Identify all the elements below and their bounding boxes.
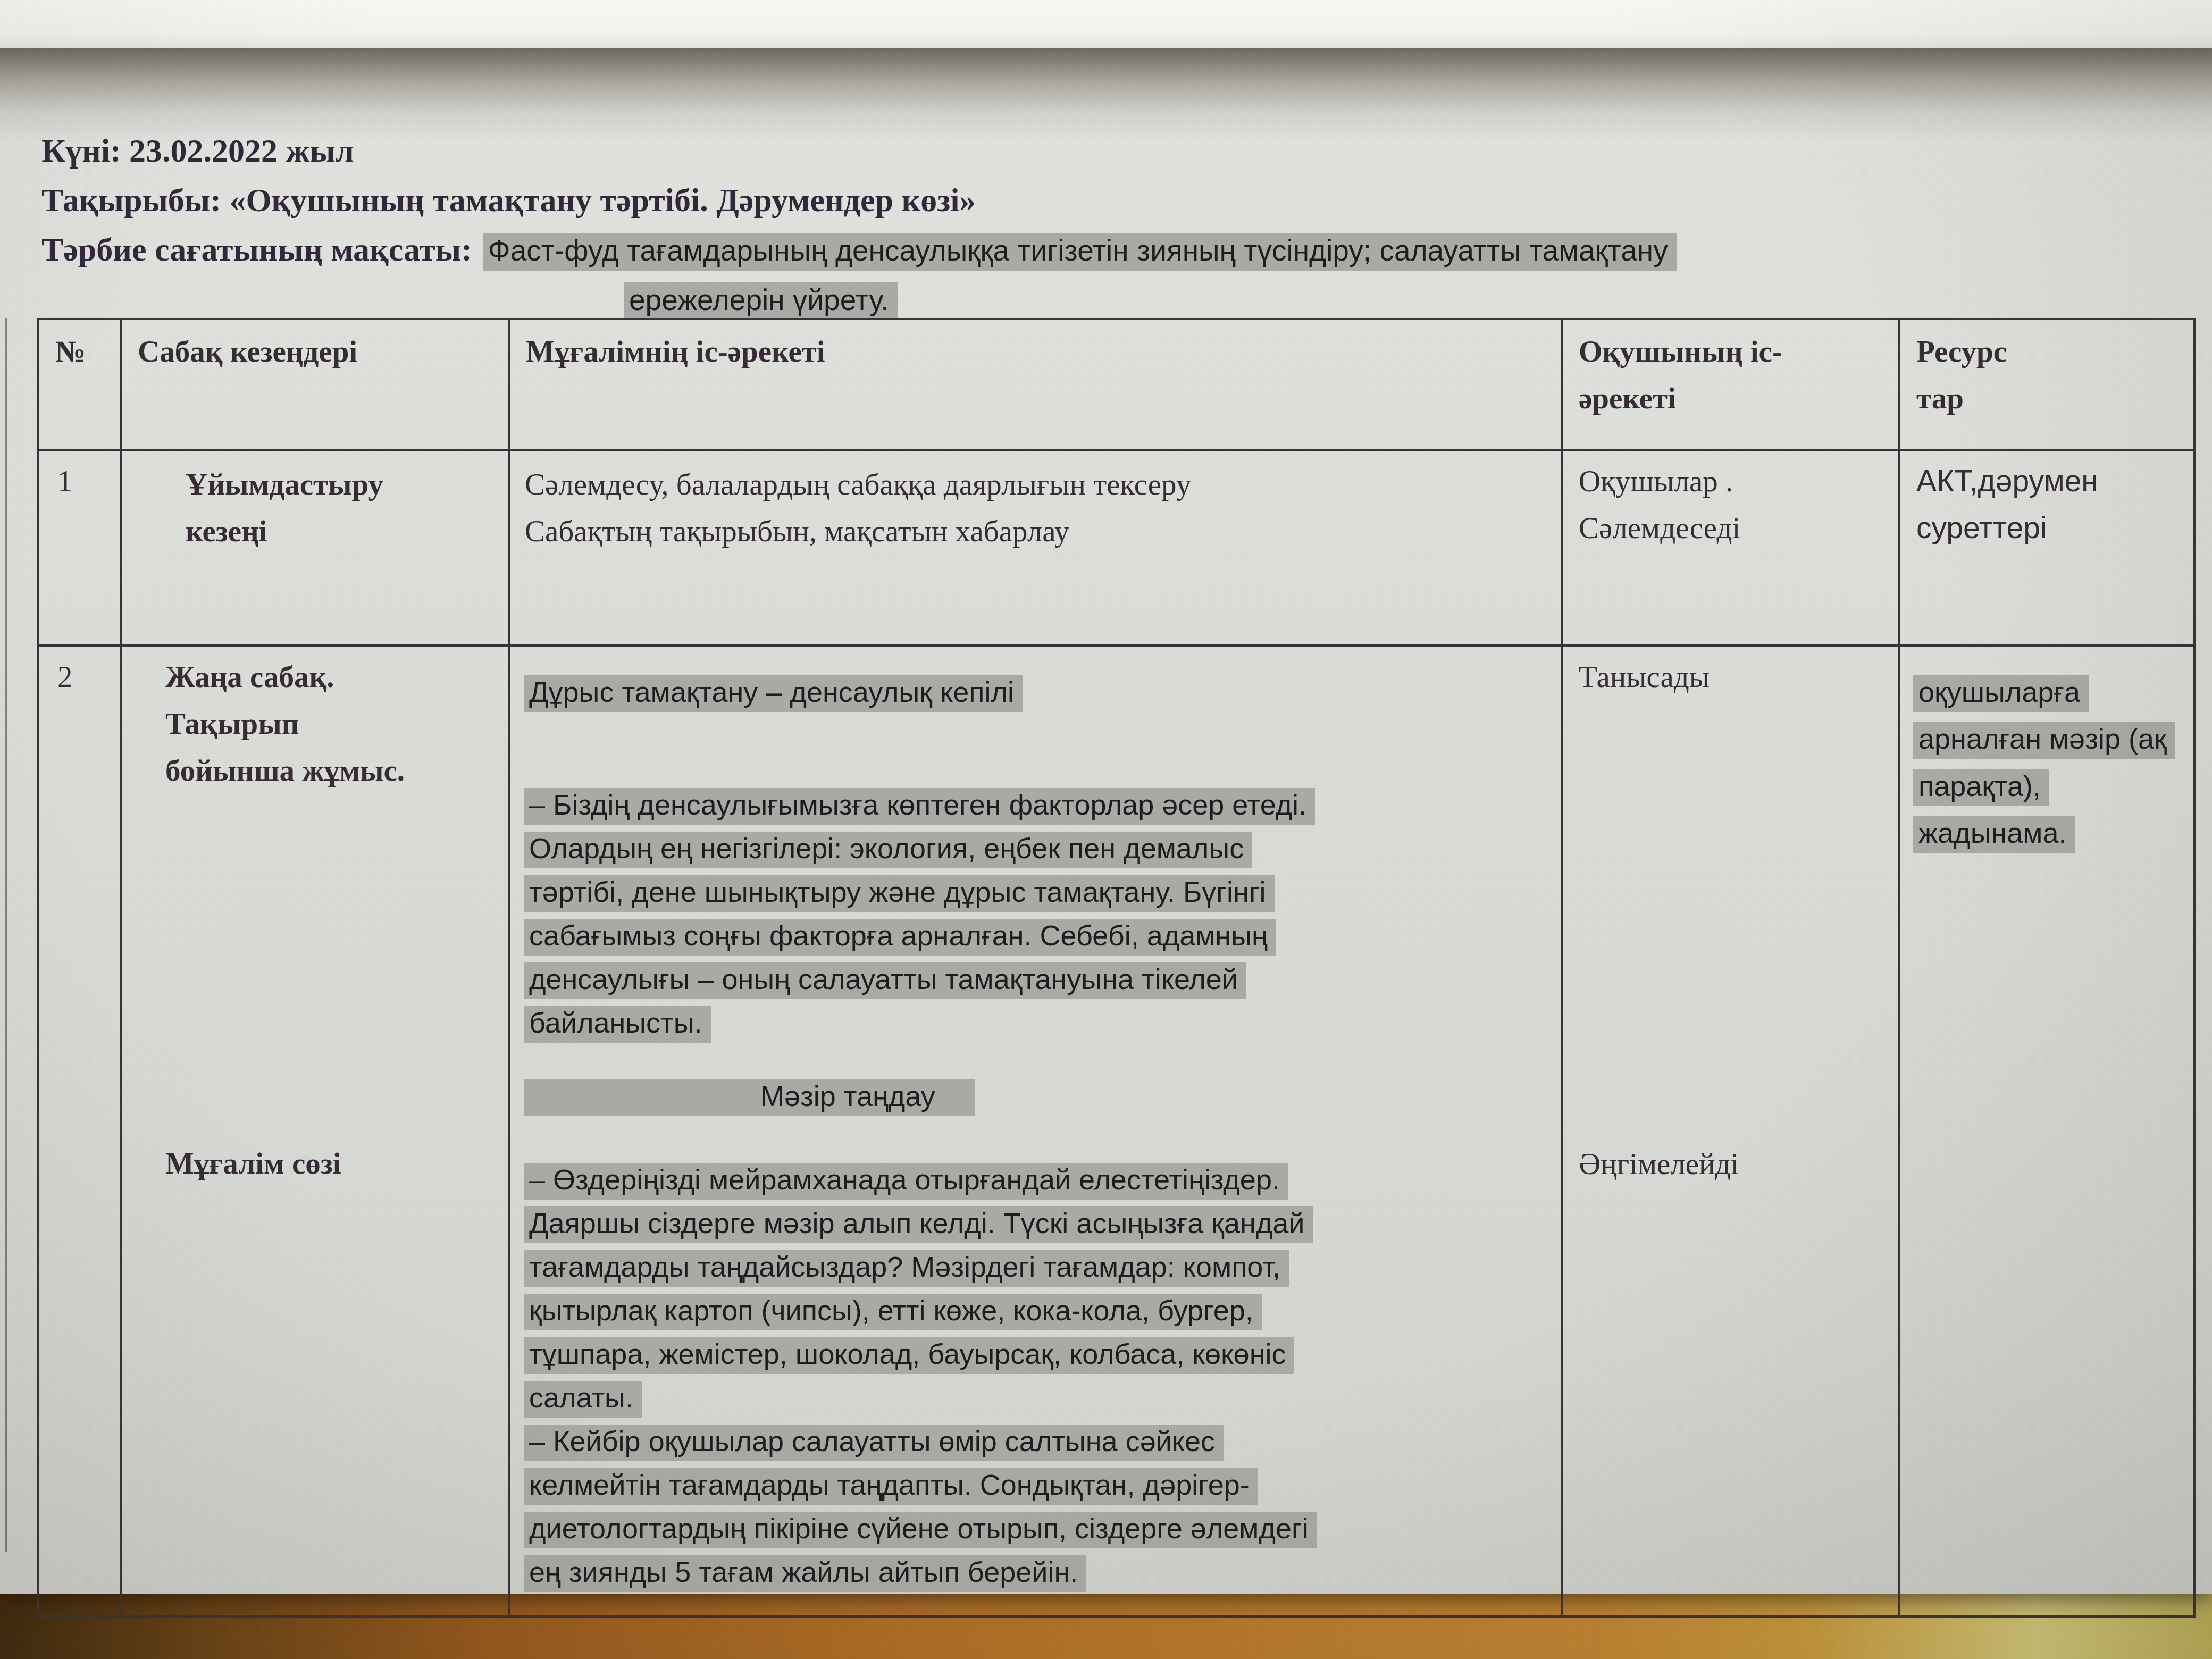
- topic-line: Тақырыбы: «Оқушының тамақтану тәртібі. Д…: [41, 176, 2174, 225]
- col-header-number: №: [38, 319, 121, 450]
- overlapping-sheet-edge: [0, 0, 2212, 49]
- goal-text-line2: ережелерін үйрету.: [624, 278, 2174, 322]
- col-header-resources: Ресурс тар: [1899, 319, 2194, 450]
- col-header-student-activity: Оқушының іс- әрекеті: [1562, 319, 1899, 450]
- date-line: Күні: 23.02.2022 жыл: [41, 127, 2174, 176]
- row2-number: 2: [38, 646, 121, 1616]
- goal-text-line1: Фаст-фуд тағамдарының денсаулыққа тигізе…: [483, 229, 1677, 273]
- row1-teacher-activity: Сәлемдесу, балалардың сабаққа даярлығын …: [509, 450, 1562, 646]
- photographed-lesson-plan-document: { "colors":{ "paper":"#d9dbd7", "highlig…: [0, 0, 2212, 1659]
- paper-sheet: Күні: 23.02.2022 жыл Тақырыбы: «Оқушының…: [0, 0, 2212, 1594]
- lesson-plan-table: № Сабақ кезеңдері Мұғалімнің іс-әрекеті …: [37, 318, 2196, 1618]
- student-action-2: Әңгімелейді: [1579, 1141, 1884, 1188]
- row2-stage-title: Жаңа сабақ. Тақырып бойынша жұмыс.: [165, 654, 494, 794]
- row2-resources: оқушыларға арналған мәзір (ақ парақта), …: [1899, 646, 2194, 1616]
- row2-stage: Жаңа сабақ. Тақырып бойынша жұмыс. Мұғал…: [121, 646, 509, 1616]
- teacher-paragraph-restaurant: – Өздеріңізді мейрамханада отырғандай ел…: [524, 1158, 1321, 1420]
- goal-label: Тәрбие сағатының мақсаты:: [41, 225, 472, 275]
- teacher-heading-menu-choice: Мәзір таңдау: [524, 1075, 1545, 1118]
- row1-stage: Ұйымдастыру кезеңі: [121, 450, 509, 646]
- row2-stage-teacher-speech-label: Мұғалім сөзі: [165, 1141, 494, 1187]
- goal-row: Тәрбие сағатының мақсаты: Фаст-фуд тағам…: [41, 225, 2174, 275]
- row1-resources: АКТ,дәрумен суреттері: [1899, 450, 2194, 646]
- table-row-1: 1 Ұйымдастыру кезеңі Сәлемдесу, балалард…: [38, 450, 2194, 646]
- col-header-teacher-activity: Мұғалімнің іс-әрекеті: [509, 319, 1562, 450]
- table-header-row: № Сабақ кезеңдері Мұғалімнің іс-әрекеті …: [38, 319, 2194, 450]
- table-row-2: 2 Жаңа сабақ. Тақырып бойынша жұмыс. Мұғ…: [38, 646, 2194, 1616]
- student-action-1: Танысады: [1579, 654, 1884, 701]
- row1-student-activity: Оқушылар . Сәлемдеседі: [1562, 450, 1899, 646]
- teacher-paragraph-harmful-foods: – Кейбір оқушылар салауатты өмір салтына…: [524, 1420, 1321, 1594]
- col-header-stage: Сабақ кезеңдері: [121, 319, 509, 450]
- row2-teacher-activity: Дұрыс тамақтану – денсаулық кепілі – Біз…: [509, 646, 1562, 1616]
- teacher-paragraph-factors: – Біздің денсаулығымызға көптеген фактор…: [524, 783, 1321, 1045]
- row1-number: 1: [38, 450, 121, 646]
- paper-left-edge-line: [5, 318, 7, 1552]
- teacher-heading-nutrition: Дұрыс тамақтану – денсаулық кепілі: [524, 671, 1545, 714]
- document-header: Күні: 23.02.2022 жыл Тақырыбы: «Оқушының…: [41, 127, 2174, 322]
- row2-student-activity: Танысады Әңгімелейді: [1562, 646, 1899, 1616]
